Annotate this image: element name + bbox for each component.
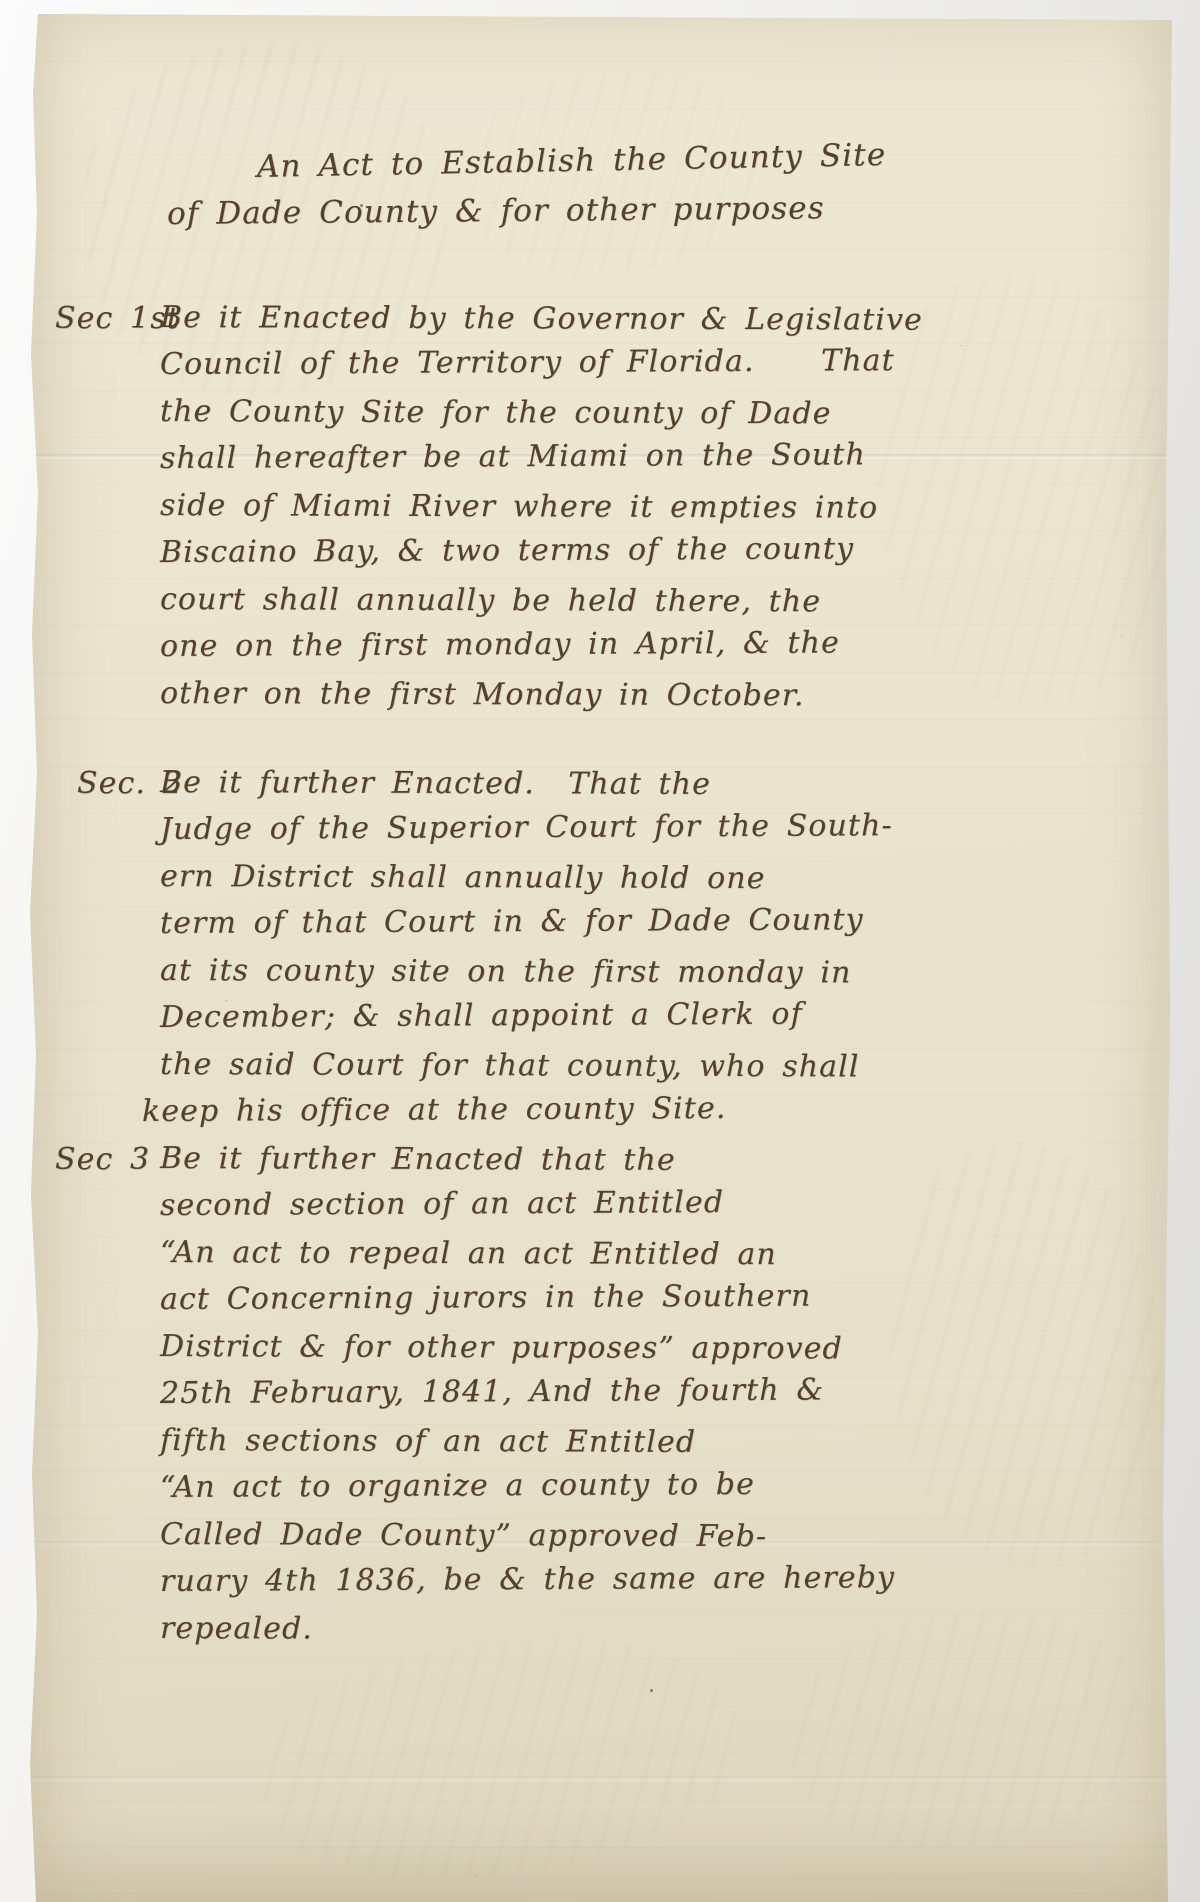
document-title: An Act to Establish the County Site of D… bbox=[55, 144, 1117, 238]
manuscript-section: Sec 3 Be it further Enacted that the sec… bbox=[55, 1135, 1117, 1652]
manuscript-line: shall hereafter be at Miami on the South bbox=[160, 430, 1117, 482]
manuscript-line: act Concerning jurors in the Southern bbox=[160, 1271, 1117, 1323]
manuscript-section: Sec. 2 Be it further Enacted. That the J… bbox=[55, 759, 1117, 1135]
manuscript-line: other on the first Monday in October. bbox=[160, 670, 1117, 720]
manuscript-content: An Act to Establish the County Site of D… bbox=[30, 14, 1172, 1652]
manuscript-line: Judge of the Superior Court for the Sout… bbox=[160, 801, 1117, 853]
manuscript-line: 25th February, 1841, And the fourth & bbox=[160, 1365, 1117, 1417]
manuscript-line: one on the first monday in April, & the bbox=[160, 618, 1117, 670]
scan-background: An Act to Establish the County Site of D… bbox=[0, 0, 1200, 1902]
manuscript-line: repealed. bbox=[160, 1605, 1117, 1655]
manuscript-line: keep his office at the county Site. bbox=[142, 1083, 1117, 1135]
sections: Sec 1st Be it Enacted by the Governor & … bbox=[55, 294, 1117, 1652]
manuscript-line: Council of the Territory of Florida. Tha… bbox=[160, 336, 1117, 388]
fold-crease bbox=[30, 1776, 1172, 1783]
section-lines: Be it Enacted by the Governor & Legislat… bbox=[160, 294, 1117, 717]
section-label: Sec 3 bbox=[55, 1136, 150, 1183]
manuscript-line: “An act to organize a county to be bbox=[160, 1459, 1117, 1511]
document-title-line-1: An Act to Establish the County Site bbox=[257, 127, 1118, 191]
manuscript-line: term of that Court in & for Dade County bbox=[160, 895, 1117, 947]
bleed-through-marks bbox=[248, 1616, 752, 1902]
document-title-line-2: of Dade County & for other purposes bbox=[167, 183, 1117, 238]
section-lines: Be it further Enacted. That the Judge of… bbox=[160, 759, 1117, 1135]
manuscript-section: Sec 1st Be it Enacted by the Governor & … bbox=[55, 294, 1117, 717]
manuscript-line: Biscaino Bay, & two terms of the county bbox=[160, 524, 1117, 576]
manuscript-line: December; & shall appoint a Clerk of bbox=[160, 989, 1117, 1041]
manuscript-line: second section of an act Entitled bbox=[160, 1177, 1117, 1229]
manuscript-line: ruary 4th 1836, be & the same are hereby bbox=[160, 1553, 1117, 1605]
manuscript-page: An Act to Establish the County Site of D… bbox=[30, 14, 1172, 1902]
section-lines: Be it further Enacted that the second se… bbox=[160, 1135, 1117, 1652]
